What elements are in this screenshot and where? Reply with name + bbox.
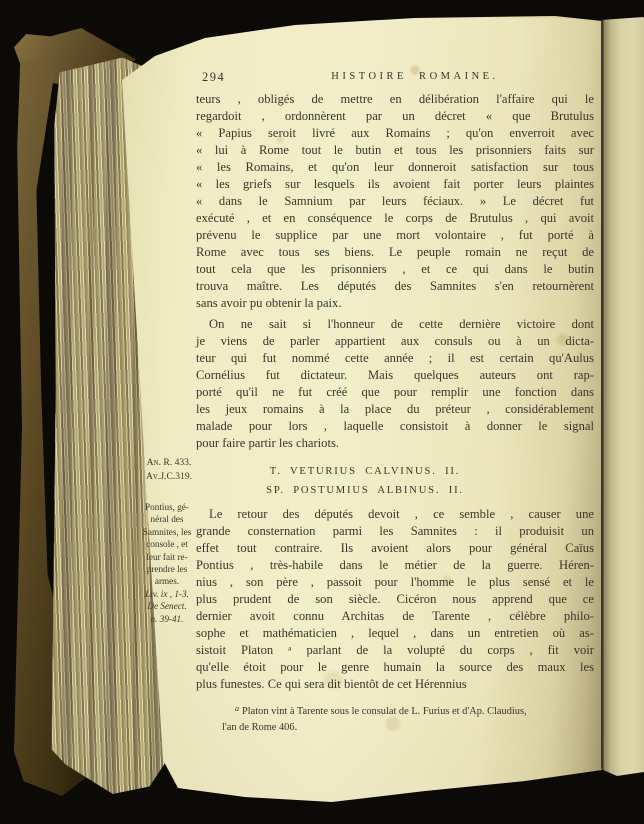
adjacent-page-edge — [601, 12, 644, 778]
paragraph-1: teurs , obligés de mettre en délibératio… — [196, 92, 594, 313]
text-line: « lui à Rome tout le butin et tous les p… — [196, 143, 594, 160]
text-line: « Papius seroit livré aux Romains ; qu'o… — [196, 126, 594, 143]
text-line: porté qu'il ne fut créé que pour remplir… — [196, 385, 594, 402]
text-line: Rome avec tous ses biens. Le peuple roma… — [196, 245, 594, 262]
text-line: tout cela que les prisonniers , et ce qu… — [196, 262, 594, 279]
footnote: aPlaton vint à Tarente sous le consulat … — [222, 701, 596, 735]
text-line: Cornélius fut dictateur. Mais quelques a… — [196, 368, 594, 385]
margin-note-line: prendre les — [136, 563, 198, 575]
text-line: sophe et mathématicien , lequel , dans u… — [196, 626, 594, 643]
printed-text: 294 HISTOIRE ROMAINE. teurs , obligés de… — [196, 58, 594, 694]
footnote-line: l'an de Rome 406. — [222, 720, 596, 736]
text-line: sistoit Platon ᵃ parlant de la volupté d… — [196, 643, 594, 660]
text-line: regardoit , ordonnèrent par un décret « … — [196, 109, 594, 126]
text-line: prévenu le supplice par une mort volonta… — [196, 228, 594, 245]
consul-name-line: T. VETURIUS CALVINUS. II. — [196, 462, 534, 481]
text-line: « les griefs sur lesquels ils avoient fa… — [196, 177, 594, 194]
margin-year-line: Av.J.C.319. — [140, 470, 198, 484]
text-line: plus funestes. Ce qui sera dit bientôt d… — [196, 677, 594, 694]
text-line: malade pour lors , laquelle consistoit à… — [196, 419, 594, 436]
text-line: qu'elle étoit pour le genre humain la so… — [196, 660, 594, 677]
footnote-line: aPlaton vint à Tarente sous le consulat … — [222, 701, 596, 720]
margin-reference-line: Liv. ix , 1-3. — [136, 588, 198, 600]
consul-heading: T. VETURIUS CALVINUS. II.SP. POSTUMIUS A… — [196, 462, 594, 500]
text-line: plus prudent de son siècle. Cicéron nous… — [196, 592, 594, 609]
text-line: Pontius , très-habile dans le métier de … — [196, 558, 594, 575]
text-line: sans avoir pu obtenir la paix. — [196, 296, 594, 313]
margin-note-line: Samnites, les — [136, 526, 198, 538]
text-line: nius , son père , passoit pour l'homme l… — [196, 575, 594, 592]
running-title: HISTOIRE ROMAINE. — [196, 68, 594, 82]
margin-year-note: An. R. 433.Av.J.C.319. — [140, 456, 198, 484]
text-line: trouva maître. Les députés des Samnites … — [196, 279, 594, 296]
text-line: On ne sait si l'honneur de cette dernièr… — [196, 317, 594, 334]
text-line: pour faire partir les chariots. — [196, 436, 594, 453]
book-scan: 294 HISTOIRE ROMAINE. teurs , obligés de… — [0, 0, 644, 824]
text-line: effet tout contraire. Ils avoient alors … — [196, 541, 594, 558]
margin-note-line: leur fait re- — [136, 551, 198, 563]
footnote-text: Platon vint à Tarente sous le consulat d… — [242, 706, 527, 717]
page-header: 294 HISTOIRE ROMAINE. — [196, 68, 594, 92]
text-line: « dans le Samnium par leurs féciaux. » L… — [196, 194, 594, 211]
paragraph-2: On ne sait si l'honneur de cette dernièr… — [196, 317, 594, 453]
margin-reference-line: De Senect. — [136, 600, 198, 612]
text-line: grande consternation parmi les Samnites … — [196, 524, 594, 541]
text-line: dernier avoit connu Architas de Tarente … — [196, 609, 594, 626]
consul-name-line: SP. POSTUMIUS ALBINUS. II. — [196, 481, 534, 500]
text-line: « les Romains, et qu'on leur donneroit s… — [196, 160, 594, 177]
margin-year-line: An. R. 433. — [140, 456, 198, 470]
page-number: 294 — [202, 70, 225, 85]
text-line: les jeux romains à la place du préteur ,… — [196, 402, 594, 419]
margin-reference-line: n. 39-41. — [136, 613, 198, 625]
text-line: exécuté , et en conséquence le corps de … — [196, 211, 594, 228]
margin-note-line: Pontius, gé- — [136, 501, 198, 513]
margin-note-line: armes. — [136, 575, 198, 587]
text-line: teur qui fut nommé cette année ; il est … — [196, 351, 594, 368]
footnote-marker: a — [235, 704, 239, 713]
margin-side-note: Pontius, gé-néral desSamnites, lesconsol… — [136, 501, 198, 625]
margin-note-text: Pontius, gé-néral desSamnites, lesconsol… — [136, 501, 198, 588]
margin-references: Liv. ix , 1-3.De Senect.n. 39-41. — [136, 588, 198, 625]
text-line: teurs , obligés de mettre en délibératio… — [196, 92, 594, 109]
margin-note-line: néral des — [136, 513, 198, 525]
margin-note-line: console , et — [136, 538, 198, 550]
text-line: Le retour des députés devoit , ce semble… — [196, 507, 594, 524]
paragraph-3: Le retour des députés devoit , ce semble… — [196, 507, 594, 694]
text-line: je viens de parler appartient aux consul… — [196, 334, 594, 351]
